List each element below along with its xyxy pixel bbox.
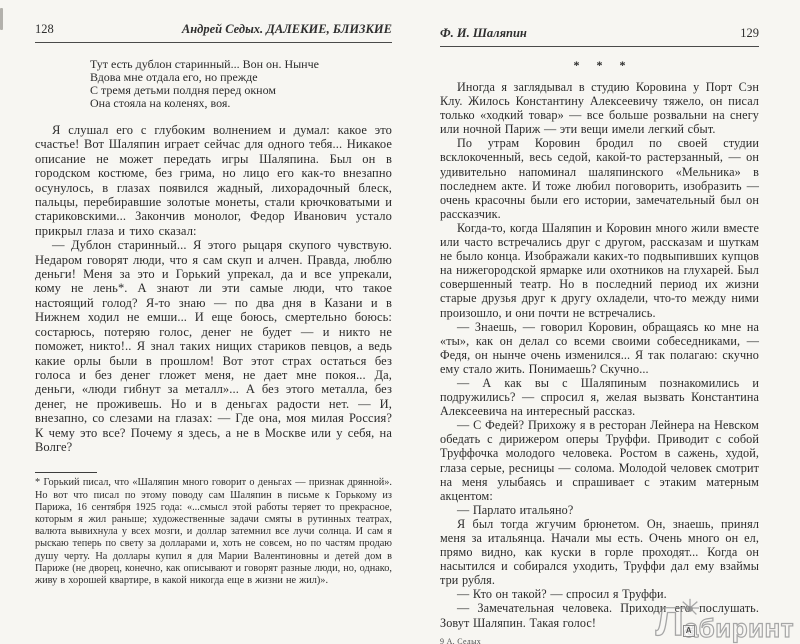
- paragraph: — Дублон старинный... Я этого рыцаря ску…: [35, 238, 392, 454]
- sun-burst-icon: [679, 597, 701, 619]
- footnote-block: * Горький писал, что «Шаляпин много гово…: [35, 472, 392, 587]
- paragraph: — Парлато итальяно?: [440, 503, 759, 517]
- scan-edge-artifact: [0, 8, 3, 30]
- left-running-title: Андрей Седых. ДАЛЕКИЕ, БЛИЗКИЕ: [182, 22, 392, 37]
- poem-block: Тут есть дублон старинный... Вон он. Нын…: [90, 58, 392, 110]
- paragraph: — С Федей? Прихожу я в ресторан Лейнера …: [440, 418, 759, 503]
- right-running-head: Ф. И. Шаляпин 129: [440, 26, 759, 47]
- book-icon: А: [683, 625, 695, 637]
- paragraph: Иногда я заглядывал в студию Коровина у …: [440, 80, 759, 136]
- right-running-title: Ф. И. Шаляпин: [440, 26, 527, 41]
- left-page: 128 Андрей Седых. ДАЛЕКИЕ, БЛИЗКИЕ Тут е…: [35, 22, 392, 587]
- paragraph: — Кто он такой? — спросил я Труффи.: [440, 587, 759, 601]
- left-running-head: 128 Андрей Седых. ДАЛЕКИЕ, БЛИЗКИЕ: [35, 22, 392, 43]
- paragraph: Я слушал его с глубоким волнением и дума…: [35, 123, 392, 238]
- paragraph: — А как вы с Шаляпиным познакомились и п…: [440, 376, 759, 418]
- paragraph: По утрам Коровин бродил по своей студии …: [440, 136, 759, 221]
- paragraph: Когда-то, когда Шаляпин и Коровин много …: [440, 221, 759, 320]
- section-separator: * * *: [440, 58, 759, 73]
- right-page: Ф. И. Шаляпин 129 * * * Иногда я загляды…: [440, 26, 759, 644]
- watermark-brand-text: абиринт: [684, 618, 794, 639]
- poem-line: Она стояла на коленях, воя.: [90, 97, 392, 110]
- paragraph: — Знаешь, — говорил Коровин, обращаясь к…: [440, 320, 759, 376]
- left-page-number: 128: [35, 22, 54, 37]
- footnote-text: * Горький писал, что «Шаляпин много гово…: [35, 477, 392, 587]
- paragraph: Я был тогда жгучим брюнетом. Он, знаешь,…: [440, 517, 759, 587]
- right-page-number: 129: [740, 26, 759, 41]
- labirint-watermark: Л А абиринт: [656, 606, 794, 639]
- footnote-divider: [35, 472, 97, 473]
